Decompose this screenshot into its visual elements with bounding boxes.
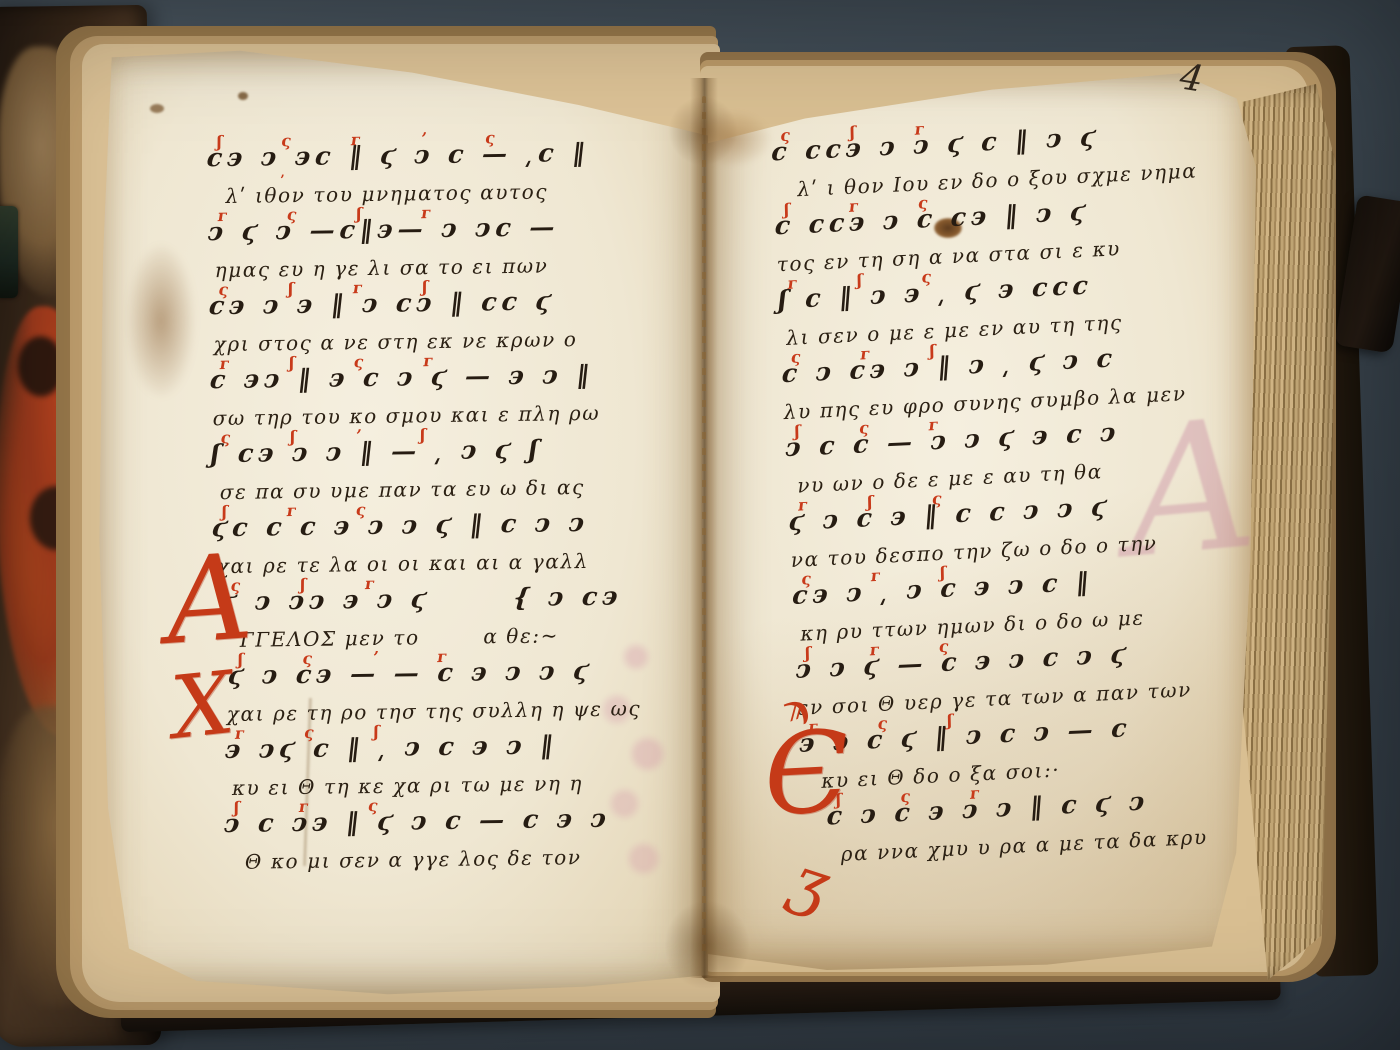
decorated-initial-chi: Χ xyxy=(168,665,237,748)
gutter-shadow xyxy=(668,96,738,166)
greek-lyric-text: κυ ει Θ τη κε χα ρι τω με νη η xyxy=(232,771,583,800)
greek-lyric-text: χαι ρε τη ρο τησ της συλλη η ψε ως xyxy=(227,696,642,726)
neume-glyphs: ϛ ͻ ͻͻ ϶ ͻ ϛ { ͻ ϲ϶ xyxy=(220,581,625,616)
greek-lyric-text: Θ κο μι σεν α γγε λος δε τον xyxy=(245,845,582,874)
neume-line: г ς ʃ϶ ͻϛ ϲ ‖ ͵ ͻ ϲ ϶ ͻ ‖ xyxy=(225,729,675,772)
left-page-text: ʃ ς г ʼ ςϲ϶ ͻ ϶ϲ ‖ ϛ ͻ ϲ — ͵ϲ ‖ ʼλʹ ιθον… xyxy=(207,137,677,883)
greek-lyric-text: σε πα συ υμε παν τα ευ ω δι ας xyxy=(220,475,585,504)
neume-line: ς ʃ ʼ ʃʃ ϲ϶ ͻ ͻ ‖ — ͵ ͻ ϛ ʃ xyxy=(211,433,671,476)
neume-line: ς ʃ гϛ ͻ ͻͻ ϶ ͻ ϛ { ͻ ϲ϶ xyxy=(221,581,673,624)
neume-glyphs: ϲ϶ ͻ ϶ϲ ‖ ϛ ͻ ϲ — ͵ϲ ‖ xyxy=(205,138,591,172)
neume-glyphs: ϶ ͻϛ ϲ ‖ ͵ ͻ ϲ ϶ ͻ ‖ xyxy=(224,730,560,764)
gutter-stitching xyxy=(702,96,706,960)
neume-line: г ʃ ς гϲ ϶ͻ ‖ ϶ ϲ ͻ ϛ — ϶ ͻ ‖ xyxy=(210,359,670,402)
decorated-initial-alpha: Α xyxy=(162,543,254,655)
neume-glyphs: ϛ ͻ ϲ϶ — — ϲ ϶ ͻ ͻ ϛ xyxy=(227,656,595,690)
neume-line: ʃ г ςͻ ϲ ͻ϶ ‖ ϛ ͻ ϲ — ϲ ϶ ͻ xyxy=(224,803,676,846)
metal-clasp xyxy=(0,206,18,298)
neume-line: ʃ г ςϛϲ ϲ ϲ ϶ ͻ ͻ ϛ ‖ ϲ ͻ ͻ xyxy=(212,507,672,550)
manuscript-photo: Α ʃ ς г ʼ ςϲ϶ ͻ ϶ϲ ‖ ϛ ͻ ϲ — ͵ϲ ‖ ʼλʹ ιθ… xyxy=(0,0,1400,1050)
neume-line: ʃ ς ʼ гϛ ͻ ϲ϶ — — ϲ ϶ ͻ ͻ ϛ xyxy=(228,655,674,698)
book-gutter xyxy=(690,78,718,978)
neume-glyphs: ϛϲ ϲ ϲ ϶ ͻ ͻ ϛ ‖ ϲ ͻ ͻ xyxy=(211,508,591,542)
neume-line: г ς ʃ гͻ ϛ ͻ —ϲ‖϶— ͻ ͻϲ — xyxy=(208,211,668,254)
neume-glyphs: ϲ϶ ͻ ϶ ‖ ͻ ϲͻ ‖ ϲϲ ϛ xyxy=(208,286,558,320)
decorated-initial-epsilon: Є xyxy=(761,722,852,827)
neume-glyphs: ʃ ϲ϶ ͻ ͻ ‖ — ͵ ͻ ϛ ʃ xyxy=(210,435,544,469)
neume-glyphs: ϲ ϶ͻ ‖ ϶ ϲ ͻ ϛ — ϶ ͻ ‖ xyxy=(209,360,596,394)
neume-glyphs: ͻ ϲ ͻ϶ ‖ ϛ ͻ ϲ — ϲ ϶ ͻ xyxy=(223,804,613,838)
lyric-line: Θ κο μι σεν α γγε λος δε τον xyxy=(245,840,677,883)
neume-glyphs: ͻ ϛ ͻ —ϲ‖϶— ͻ ͻϲ — xyxy=(207,212,562,246)
neume-line: ς ʃ г ʃϲ϶ ͻ ϶ ‖ ͻ ϲͻ ‖ ϲϲ ϛ xyxy=(209,285,669,328)
gutter-shadow xyxy=(664,900,750,990)
